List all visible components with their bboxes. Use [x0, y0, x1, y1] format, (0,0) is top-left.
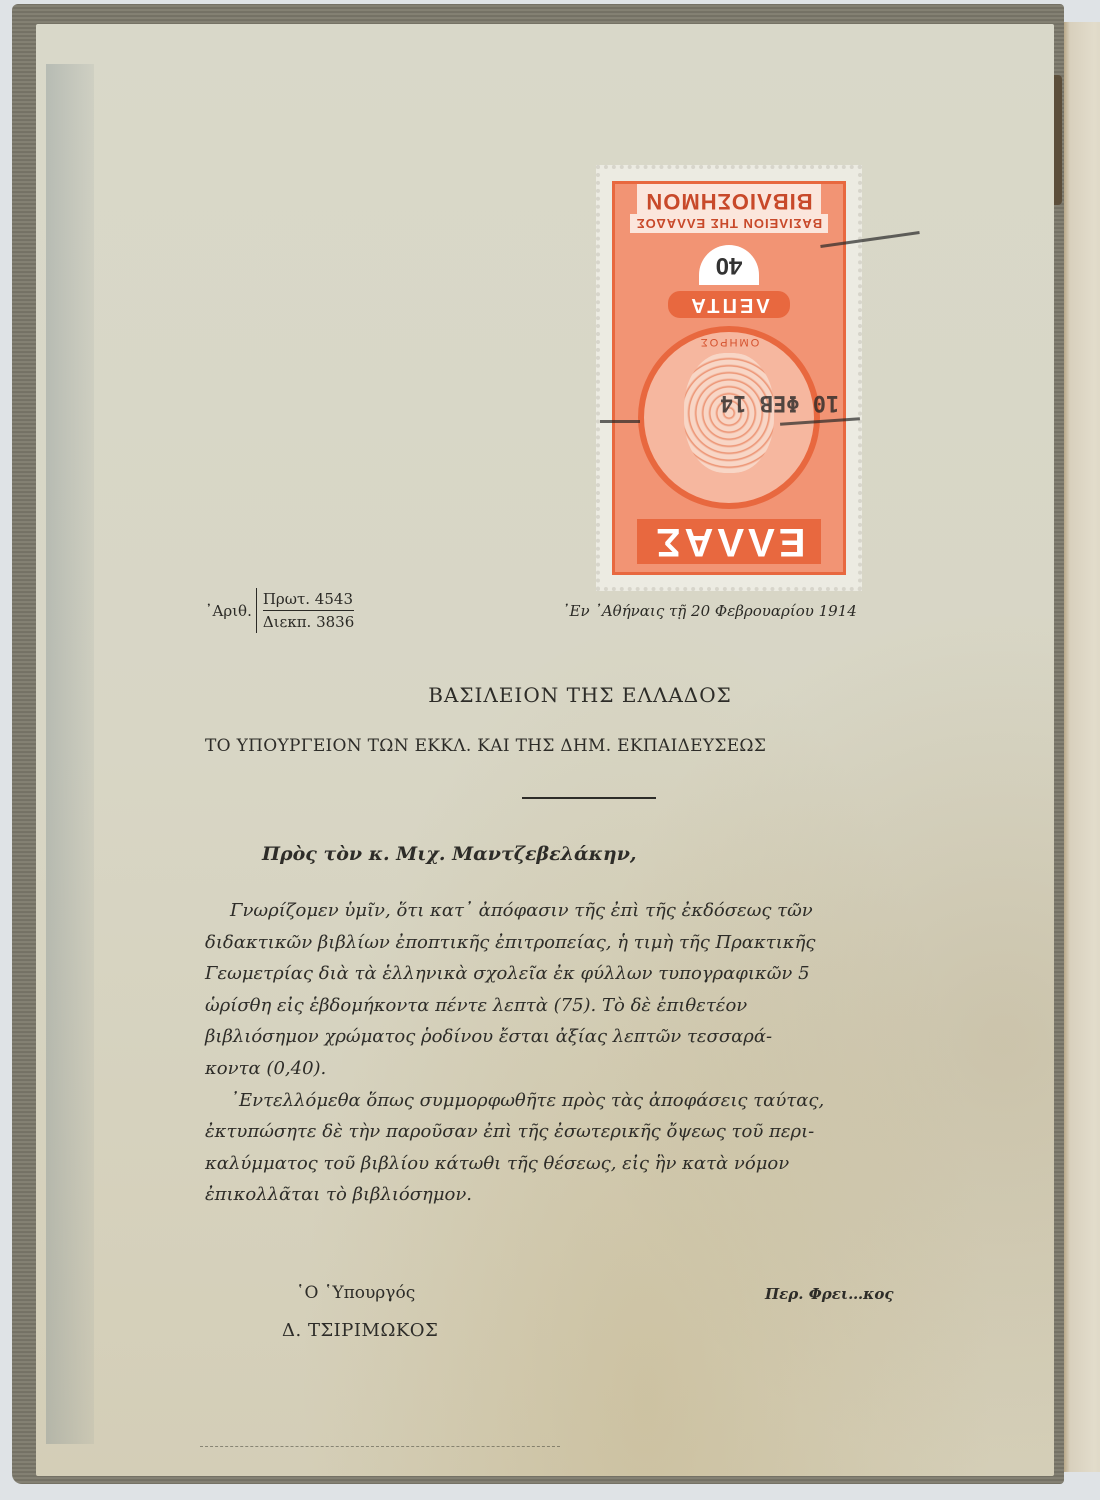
postmark-date: 10 ΦΕΒ 14	[720, 390, 839, 415]
stamp-country: ΕΛΛΑΣ	[637, 519, 822, 564]
adjacent-page-edge	[1062, 22, 1100, 1472]
addressee: Πρὸς τὸν κ. Μιχ. Μαντζεβελάκην,	[262, 843, 637, 865]
reference-number: ᾿Αριθ. Πρωτ. 4543 Διεκπ. 3836	[205, 588, 354, 633]
body-line: Γεωμετρίας διὰ τὰ ἑλληνικὰ σχολεῖα ἐκ φύ…	[205, 958, 975, 990]
stamp-title: ΒΙΒΛΙΟΣΗΜΟΝ	[637, 184, 820, 214]
body-line: καλύμματος τοῦ βιβλίου κάτωθι τῆς θέσεως…	[205, 1148, 975, 1180]
countersignature: Περ. Φρει…κος	[765, 1285, 894, 1303]
body-line: ἐκτυπώσητε δὲ τὴν παροῦσαν ἐπὶ τῆς ἐσωτε…	[205, 1116, 975, 1148]
body-line: ᾿Εντελλόμεθα ὅπως συμμορφωθῆτε πρὸς τὰς …	[205, 1085, 975, 1117]
ministry-heading: ΤΟ ΥΠΟΥΡΓΕΙΟΝ ΤΩΝ ΕΚΚΛ. ΚΑΙ ΤΗΣ ΔΗΜ. ΕΚΠ…	[205, 736, 766, 756]
letter-body: Γνωρίζομεν ὑμῖν, ὅτι κατ᾿ ἀπόφασιν τῆς ἐ…	[205, 895, 975, 1211]
body-line: βιβλιόσημον χρώματος ῥοδίνου ἔσται ἀξίας…	[205, 1021, 975, 1053]
dispatch-number: Διεκπ. 3836	[263, 611, 354, 633]
cancellation-postmark: 10 ΦΕΒ 14	[600, 230, 920, 450]
body-line: ὡρίσθη εἰς ἑβδομήκοντα πέντε λεπτὰ (75).…	[205, 990, 975, 1022]
page-heading: ΒΑΣΙΛΕΙΟΝ ΤΗΣ ΕΛΛΑΔΟΣ	[0, 683, 1100, 707]
body-line: κοντα (0,40).	[205, 1053, 975, 1085]
body-line: διδακτικῶν βιβλίων ἐποπτικῆς ἐπιτροπείας…	[205, 927, 975, 959]
divider	[522, 797, 656, 799]
dateline: ᾿Εν ᾿Αθήναις τῇ 20 Φεβρουαρίου 1914	[562, 602, 857, 620]
reference-label: ᾿Αριθ.	[205, 602, 252, 620]
protocol-number: Πρωτ. 4543	[263, 588, 354, 611]
dashed-rule	[200, 1446, 560, 1447]
signatory-title: ῾Ο ῾Υπουργός	[296, 1283, 415, 1303]
signatory-name: Δ. ΤΣΙΡΙΜΩΚΟΣ	[282, 1320, 438, 1341]
body-line: Γνωρίζομεν ὑμῖν, ὅτι κατ᾿ ἀπόφασιν τῆς ἐ…	[205, 895, 975, 927]
body-line: ἐπικολλᾶται τὸ βιβλιόσημον.	[205, 1179, 975, 1211]
page-shadow	[46, 64, 94, 1444]
